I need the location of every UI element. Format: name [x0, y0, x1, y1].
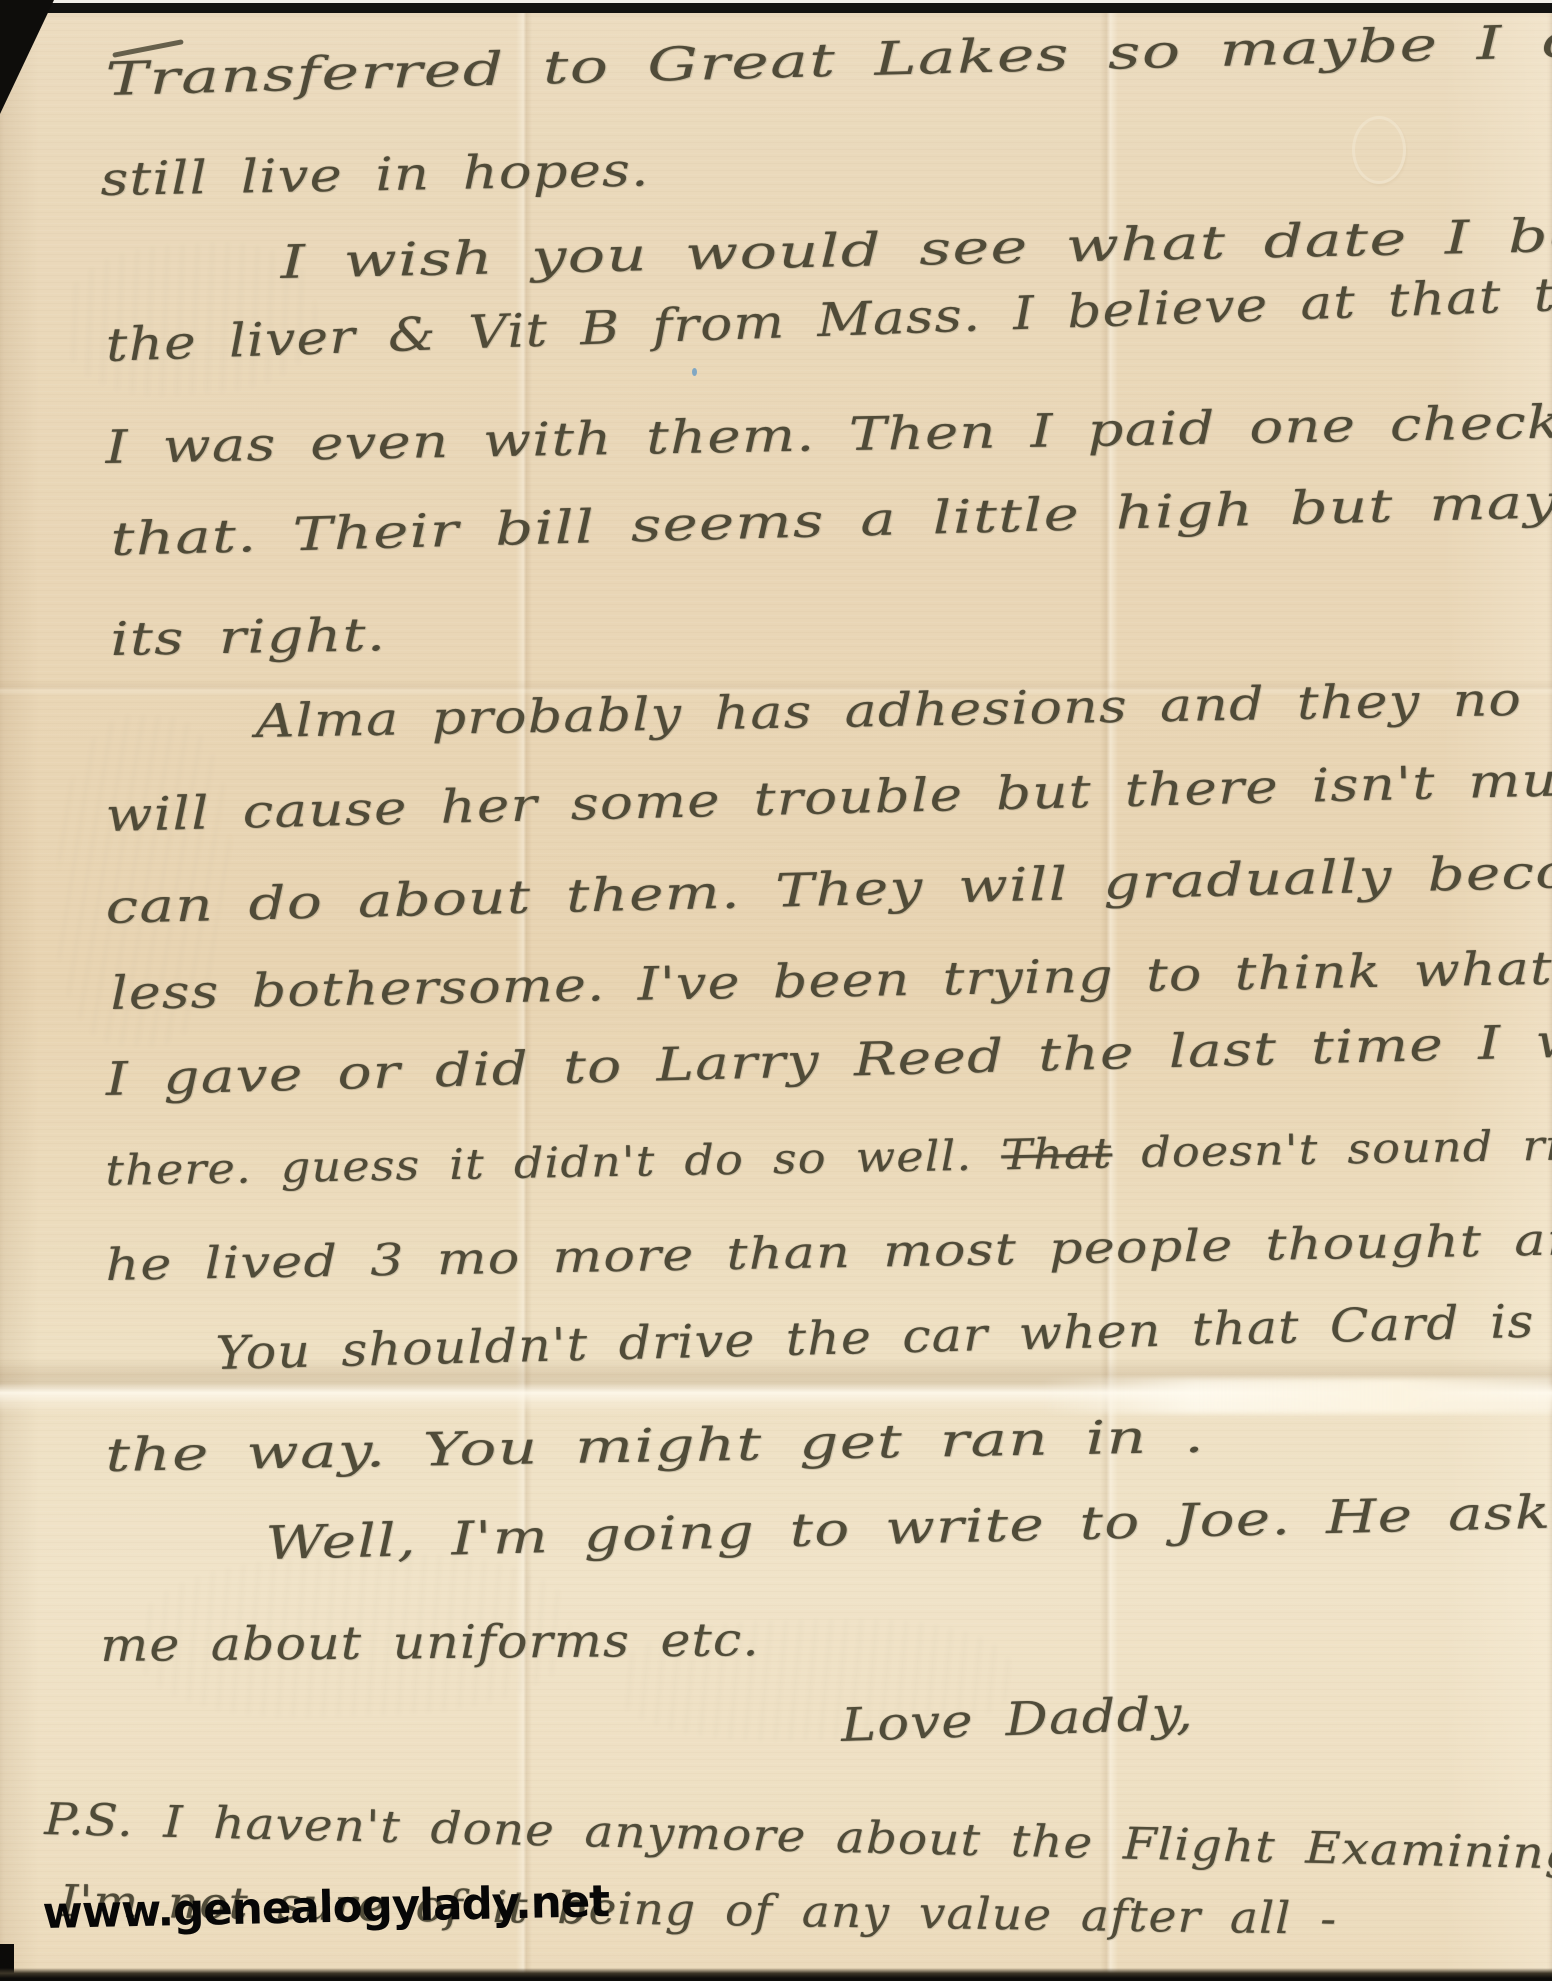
letter-line-13-after: doesn't sound right - — [1112, 1118, 1552, 1177]
blue-speck — [692, 368, 697, 376]
letter-line-18: me about uniforms etc. — [100, 1612, 760, 1672]
letter-line-7: its right. — [110, 607, 387, 666]
fold-crease-glare — [1040, 1378, 1552, 1414]
letter-line-2: still live in hopes. — [100, 142, 650, 206]
scan-edge-top-dark — [0, 3, 1552, 13]
scanned-letter-page: Transferred to Great Lakes so maybe I ca… — [0, 0, 1552, 1981]
paper-emboss-mark — [1352, 116, 1406, 184]
strikeout-word: That — [1001, 1128, 1113, 1179]
scan-edge-bottom — [0, 1968, 1552, 1981]
